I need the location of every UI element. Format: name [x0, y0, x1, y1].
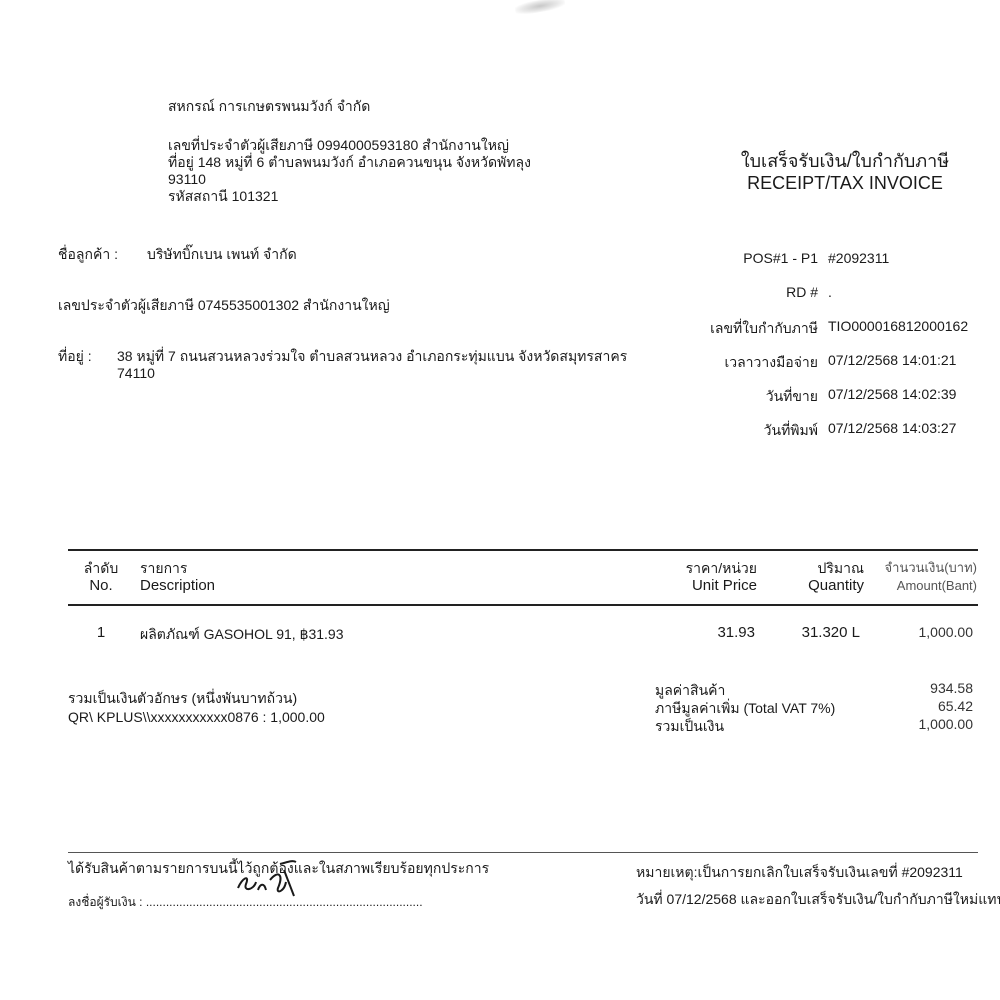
col-header-quantity-th: ปริมาณ: [780, 559, 864, 577]
receipt-info-row: เวลาวางมือจ่าย07/12/2568 14:01:21: [640, 352, 970, 372]
col-header-unit-price-en: Unit Price: [660, 577, 757, 595]
table-top-rule: [68, 549, 978, 551]
col-header-amount: จำนวนเงิน(บาท) Amount(Bant): [870, 559, 977, 595]
totals-row: มูลค่าสินค้า934.58: [655, 680, 973, 697]
receipt-info-value: TIO000016812000162: [828, 318, 968, 334]
receipt-info-row: วันที่พิมพ์07/12/2568 14:03:27: [640, 420, 970, 440]
customer-postcode: 74110: [117, 365, 627, 382]
col-header-no: ลำดับ No.: [82, 559, 120, 595]
receipt-info-value: 07/12/2568 14:02:39: [828, 386, 956, 402]
receipt-info-label: RD #: [786, 284, 818, 300]
col-header-no-th: ลำดับ: [82, 559, 120, 577]
issuer-address: ที่อยู่ 148 หมู่ที่ 6 ตำบลพนมวังก์ อำเภอ…: [168, 154, 531, 171]
footer-rule: [68, 852, 978, 853]
cell-description: ผลิตภัณฑ์ GASOHOL 91, ฿31.93: [140, 624, 344, 646]
totals-value: 1,000.00: [919, 716, 974, 732]
receipt-info-value: .: [828, 284, 832, 300]
col-header-description-en: Description: [140, 577, 215, 595]
receipt-info-label: วันที่พิมพ์: [764, 420, 818, 442]
cell-unit-price: 31.93: [660, 624, 755, 641]
receipt-info-value: #2092311: [828, 250, 889, 266]
amount-in-words: รวมเป็นเงินตัวอักษร (หนึ่งพันบาทถ้วน): [68, 690, 297, 707]
document-title: ใบเสร็จรับเงิน/ใบกำกับภาษี RECEIPT/TAX I…: [740, 150, 950, 194]
document-title-thai: ใบเสร็จรับเงิน/ใบกำกับภาษี: [740, 150, 950, 172]
table-header-rule: [68, 604, 978, 606]
issuer-station-code: รหัสสถานี 101321: [168, 188, 531, 205]
receipt-info-row: POS#1 - P1#2092311: [640, 250, 970, 270]
receipt-info-value: 07/12/2568 14:01:21: [828, 352, 956, 368]
totals-value: 65.42: [938, 698, 973, 714]
payment-line: QR\ KPLUS\\xxxxxxxxxxx0876 : 1,000.00: [68, 709, 325, 726]
receipt-info-label: วันที่ขาย: [766, 386, 818, 408]
note-line-2: วันที่ 07/12/2568 และออกใบเสร็จรับเงิน/ใ…: [636, 891, 1000, 908]
col-header-unit-price: ราคา/หน่วย Unit Price: [660, 559, 757, 595]
col-header-unit-price-th: ราคา/หน่วย: [660, 559, 757, 577]
receipt-info-row: วันที่ขาย07/12/2568 14:02:39: [640, 386, 970, 406]
issuer-name: สหกรณ์ การเกษตรพนมวังก์ จำกัด: [168, 98, 370, 115]
cell-no: 1: [82, 624, 120, 641]
customer-address: 38 หมู่ที่ 7 ถนนสวนหลวงร่วมใจ ตำบลสวนหลว…: [117, 348, 627, 382]
totals-label: รวมเป็นเงิน: [655, 716, 724, 738]
col-header-amount-en: Amount(Bant): [870, 577, 977, 595]
issuer-tax-id: เลขที่ประจำตัวผู้เสียภาษี 0994000593180 …: [168, 137, 531, 154]
customer-name-label: ชื่อลูกค้า :: [58, 246, 118, 263]
issuer-postcode: 93110: [168, 171, 531, 188]
receipt-info-label: เลขที่ใบกำกับภาษี: [710, 318, 818, 340]
receipt-info-value: 07/12/2568 14:03:27: [828, 420, 956, 436]
issuer-block: เลขที่ประจำตัวผู้เสียภาษี 0994000593180 …: [168, 137, 531, 205]
note-line-1: หมายเหตุ:เป็นการยกเลิกใบเสร็จรับเงินเลขท…: [636, 864, 963, 881]
cell-amount: 1,000.00: [870, 624, 973, 640]
receipt-info-label: POS#1 - P1: [743, 250, 818, 266]
customer-address-label: ที่อยู่ :: [58, 348, 92, 365]
totals-row: รวมเป็นเงิน1,000.00: [655, 716, 973, 733]
customer-tax-id: เลขประจำตัวผู้เสียภาษี 0745535001302 สำน…: [58, 297, 390, 314]
totals-row: ภาษีมูลค่าเพิ่ม (Total VAT 7%)65.42: [655, 698, 973, 715]
scan-smudge: [514, 0, 565, 16]
col-header-description-th: รายการ: [140, 559, 215, 577]
totals-value: 934.58: [930, 680, 973, 696]
receipt-info-label: เวลาวางมือจ่าย: [724, 352, 818, 374]
receipt-info-row: RD #.: [640, 284, 970, 304]
document-title-english: RECEIPT/TAX INVOICE: [740, 172, 950, 194]
customer-address-line: 38 หมู่ที่ 7 ถนนสวนหลวงร่วมใจ ตำบลสวนหลว…: [117, 348, 627, 365]
col-header-quantity: ปริมาณ Quantity: [780, 559, 864, 595]
handwritten-signature: [232, 860, 302, 900]
customer-name: บริษัทบิ๊กเบน เพนท์ จำกัด: [147, 246, 297, 263]
col-header-description: รายการ Description: [140, 559, 215, 595]
receipt-info-row: เลขที่ใบกำกับภาษีTIO000016812000162: [640, 318, 970, 338]
col-header-no-en: No.: [82, 577, 120, 595]
col-header-amount-th: จำนวนเงิน(บาท): [870, 559, 977, 577]
col-header-quantity-en: Quantity: [780, 577, 864, 595]
cell-quantity: 31.320 L: [760, 624, 860, 641]
